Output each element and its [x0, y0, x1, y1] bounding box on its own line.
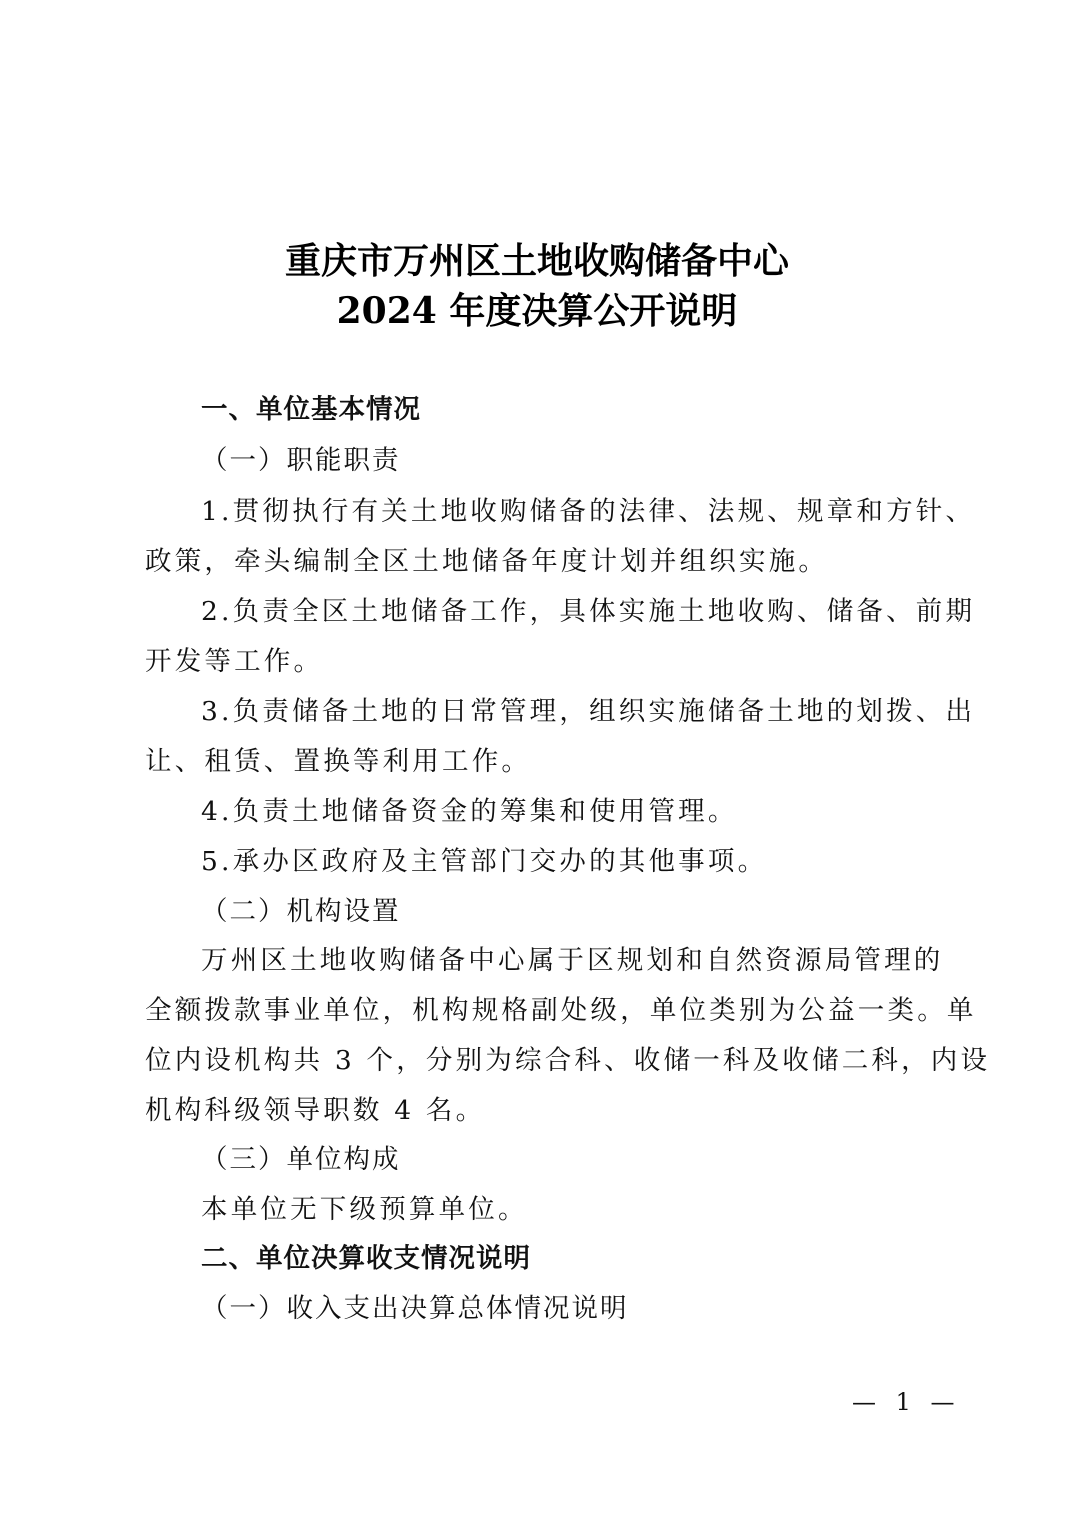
duty-item-3-line1: 3.负责储备土地的日常管理，组织实施储备土地的划拨、出: [201, 695, 1001, 729]
duty-item-1-line1: 1.贯彻执行有关土地收购储备的法律、法规、规章和方针、: [201, 495, 1001, 529]
composition-text: 本单位无下级预算单位。: [201, 1193, 1001, 1227]
duty-item-1-line2: 政策，牵头编制全区土地储备年度计划并组织实施。: [145, 545, 945, 579]
organization-line4: 机构科级领导职数 4 名。: [145, 1094, 945, 1128]
section-heading-1: 一、单位基本情况: [201, 393, 1001, 427]
organization-line3: 位内设机构共 3 个，分别为综合科、收储一科及收储二科，内设: [145, 1044, 945, 1078]
subsection-heading-duties: （一）职能职责: [201, 444, 1001, 478]
duty-item-5: 5.承办区政府及主管部门交办的其他事项。: [201, 845, 1001, 879]
page-number: — 1 —: [852, 1388, 961, 1416]
subsection-heading-organization: （二）机构设置: [201, 895, 1001, 929]
organization-line1: 万州区土地收购储备中心属于区规划和自然资源局管理的: [201, 944, 1001, 978]
duty-item-2-line1: 2.负责全区土地储备工作，具体实施土地收购、储备、前期: [201, 595, 1001, 629]
section-heading-2: 二、单位决算收支情况说明: [201, 1242, 1001, 1276]
organization-line2: 全额拨款事业单位，机构规格副处级，单位类别为公益一类。单: [145, 994, 945, 1028]
duty-item-3-line2: 让、租赁、置换等利用工作。: [145, 745, 945, 779]
document-title-line1: 重庆市万州区土地收购储备中心: [0, 236, 1074, 286]
subsection-heading-income-expense: （一）收入支出决算总体情况说明: [201, 1292, 1001, 1326]
duty-item-4: 4.负责土地储备资金的筹集和使用管理。: [201, 795, 1001, 829]
duty-item-2-line2: 开发等工作。: [145, 645, 945, 679]
document-title-line2: 2024 年度决算公开说明: [0, 286, 1074, 336]
subsection-heading-composition: （三）单位构成: [201, 1143, 1001, 1177]
